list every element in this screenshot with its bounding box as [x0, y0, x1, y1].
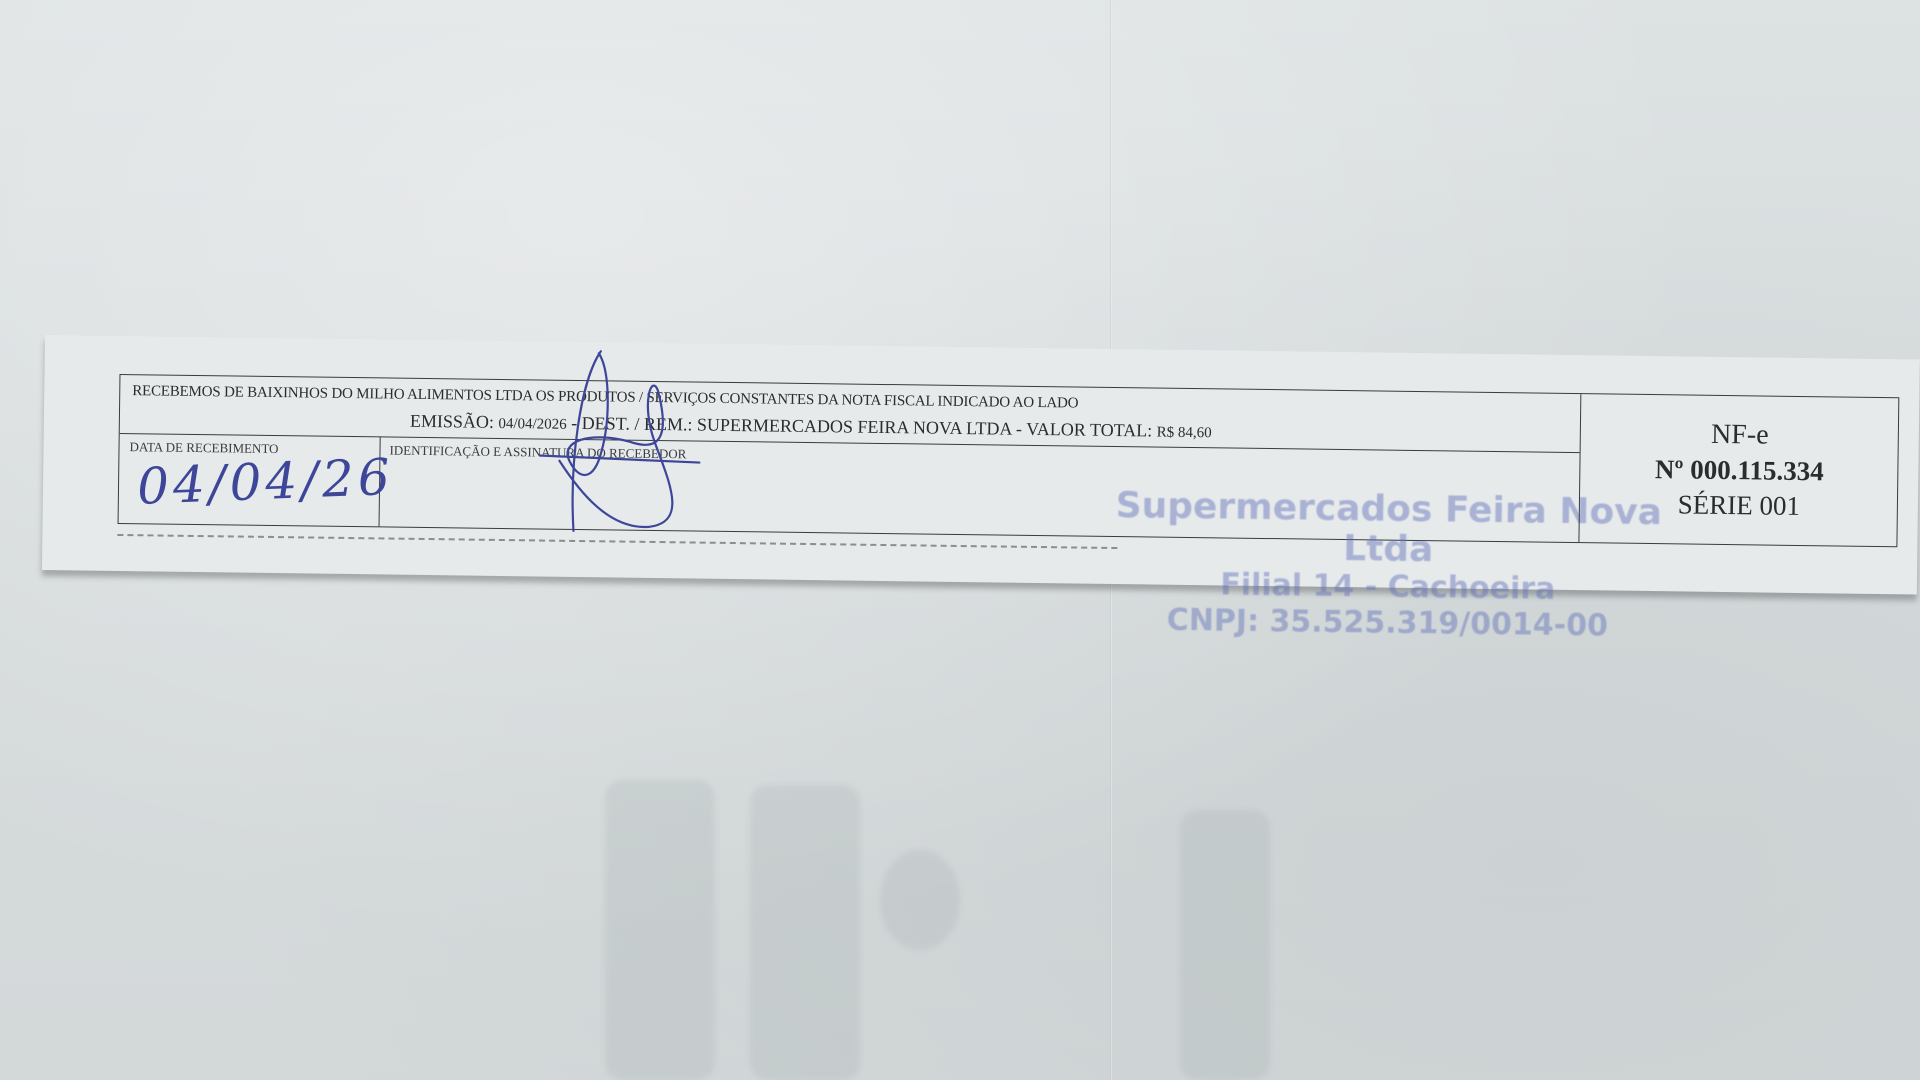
bleed-through-shape — [1180, 810, 1270, 1080]
receipt-form: RECEBEMOS DE BAIXINHOS DO MILHO ALIMENTO… — [118, 374, 1900, 547]
bleed-through-shape — [880, 850, 960, 950]
bleed-through-shape — [605, 780, 715, 1080]
total-label: VALOR TOTAL: — [1026, 419, 1152, 441]
bleed-through-shape — [750, 785, 860, 1080]
handwritten-signature-icon — [538, 340, 741, 543]
nfe-receipt-stub: RECEBEMOS DE BAIXINHOS DO MILHO ALIMENTO… — [42, 335, 1920, 595]
handwritten-receipt-date: 04/04/26 — [136, 448, 395, 516]
total-value: R$ 84,60 — [1157, 425, 1212, 442]
nfe-identification-box: NF-e Nº 000.115.334 SÉRIE 001 — [1578, 394, 1899, 546]
nfe-number: Nº 000.115.334 — [1655, 454, 1824, 487]
receipt-date-field[interactable]: DATA DE RECEBIMENTO 04/04/26 — [119, 433, 381, 526]
nfe-title: NF-e — [1711, 419, 1769, 452]
emission-label: EMISSÃO: — [410, 411, 494, 432]
nfe-serie: SÉRIE 001 — [1678, 489, 1801, 522]
separator: - — [1016, 419, 1022, 439]
dest-name: SUPERMERCADOS FEIRA NOVA LTDA — [697, 415, 1012, 439]
